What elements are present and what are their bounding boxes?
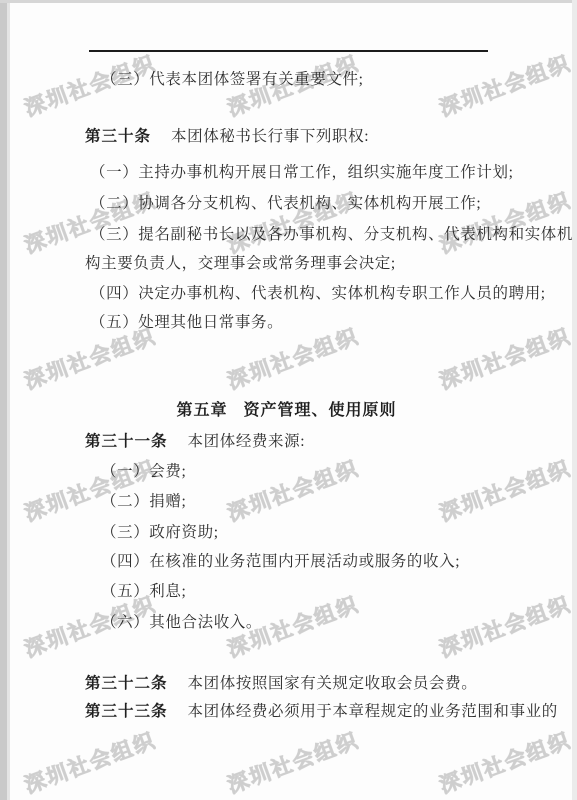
article-text: 本团体按照国家有关规定收取会员会费。 (188, 675, 478, 692)
article-line: 第三十一条本团体经费来源: (85, 432, 305, 451)
article-number: 第三十三条 (85, 703, 168, 720)
clause-text: （五）处理其他日常事务。 (90, 314, 283, 331)
chapter-heading: 第五章资产管理、使用原则 (85, 401, 488, 420)
clause-line: （一）主持办事机构开展日常工作，组织实施年度工作计划; (90, 163, 514, 182)
clause-line: （三）政府资助; (101, 523, 219, 542)
article-line: 第三十三条本团体经费必须用于本章程规定的业务范围和事业的 (85, 702, 558, 721)
clause-text: （六）其他合法收入。 (101, 614, 262, 631)
clause-text: （四）决定办事机构、代表机构、实体机构专职工作人员的聘用; (90, 285, 546, 302)
clause-continuation-line: 构主要负责人，交理事会或常务理事会决定; (85, 254, 396, 273)
chapter-number: 第五章 (176, 402, 227, 419)
page-edge-shadow-top (0, 0, 577, 3)
page-edge-shadow-left (0, 0, 7, 800)
clause-line: （五）处理其他日常事务。 (90, 313, 283, 332)
clause-text: （四）在核准的业务范围内开展活动或服务的收入; (101, 553, 460, 570)
article-number: 第三十一条 (85, 433, 168, 450)
article-text: 本团体秘书长行事下列职权: (171, 128, 369, 145)
clause-text: （三）代表本团体签署有关重要文件; (101, 71, 364, 88)
clause-text: （五）利息; (101, 583, 186, 600)
clause-text: （三）提名副秘书长以及各办事机构、分支机构、代表机构和实体机 (90, 226, 573, 243)
clause-text: 构主要负责人，交理事会或常务理事会决定; (85, 255, 396, 272)
clause-line: （二）捐赠; (101, 492, 186, 511)
document-page: （三）代表本团体签署有关重要文件; 第三十条本团体秘书长行事下列职权: （一）主… (0, 0, 577, 800)
clause-line: （三）代表本团体签署有关重要文件; (101, 70, 364, 89)
article-text: 本团体经费来源: (188, 433, 306, 450)
clause-text: （二）协调各分支机构、代表机构、实体机构开展工作; (90, 195, 481, 212)
header-rule-line (89, 50, 488, 52)
clause-text: （一）会费; (101, 463, 186, 480)
clause-line: （二）协调各分支机构、代表机构、实体机构开展工作; (90, 194, 481, 213)
clause-line: （三）提名副秘书长以及各办事机构、分支机构、代表机构和实体机 (90, 225, 573, 244)
clause-line: （五）利息; (101, 582, 186, 601)
clause-line: （四）在核准的业务范围内开展活动或服务的收入; (101, 552, 460, 571)
chapter-title: 资产管理、使用原则 (244, 402, 397, 419)
article-number: 第三十条 (85, 128, 151, 145)
clause-line: （六）其他合法收入。 (101, 613, 262, 632)
article-number: 第三十二条 (85, 675, 168, 692)
article-text: 本团体经费必须用于本章程规定的业务范围和事业的 (188, 703, 558, 720)
page-edge-shadow-right (572, 0, 577, 800)
article-line: 第三十条本团体秘书长行事下列职权: (85, 127, 369, 146)
clause-text: （一）主持办事机构开展日常工作，组织实施年度工作计划; (90, 164, 514, 181)
page-edge-shadow-left-inner (7, 0, 10, 800)
clause-line: （一）会费; (101, 462, 186, 481)
article-line: 第三十二条本团体按照国家有关规定收取会员会费。 (85, 674, 477, 693)
clause-line: （四）决定办事机构、代表机构、实体机构专职工作人员的聘用; (90, 284, 546, 303)
clause-text: （二）捐赠; (101, 493, 186, 510)
clause-text: （三）政府资助; (101, 524, 219, 541)
